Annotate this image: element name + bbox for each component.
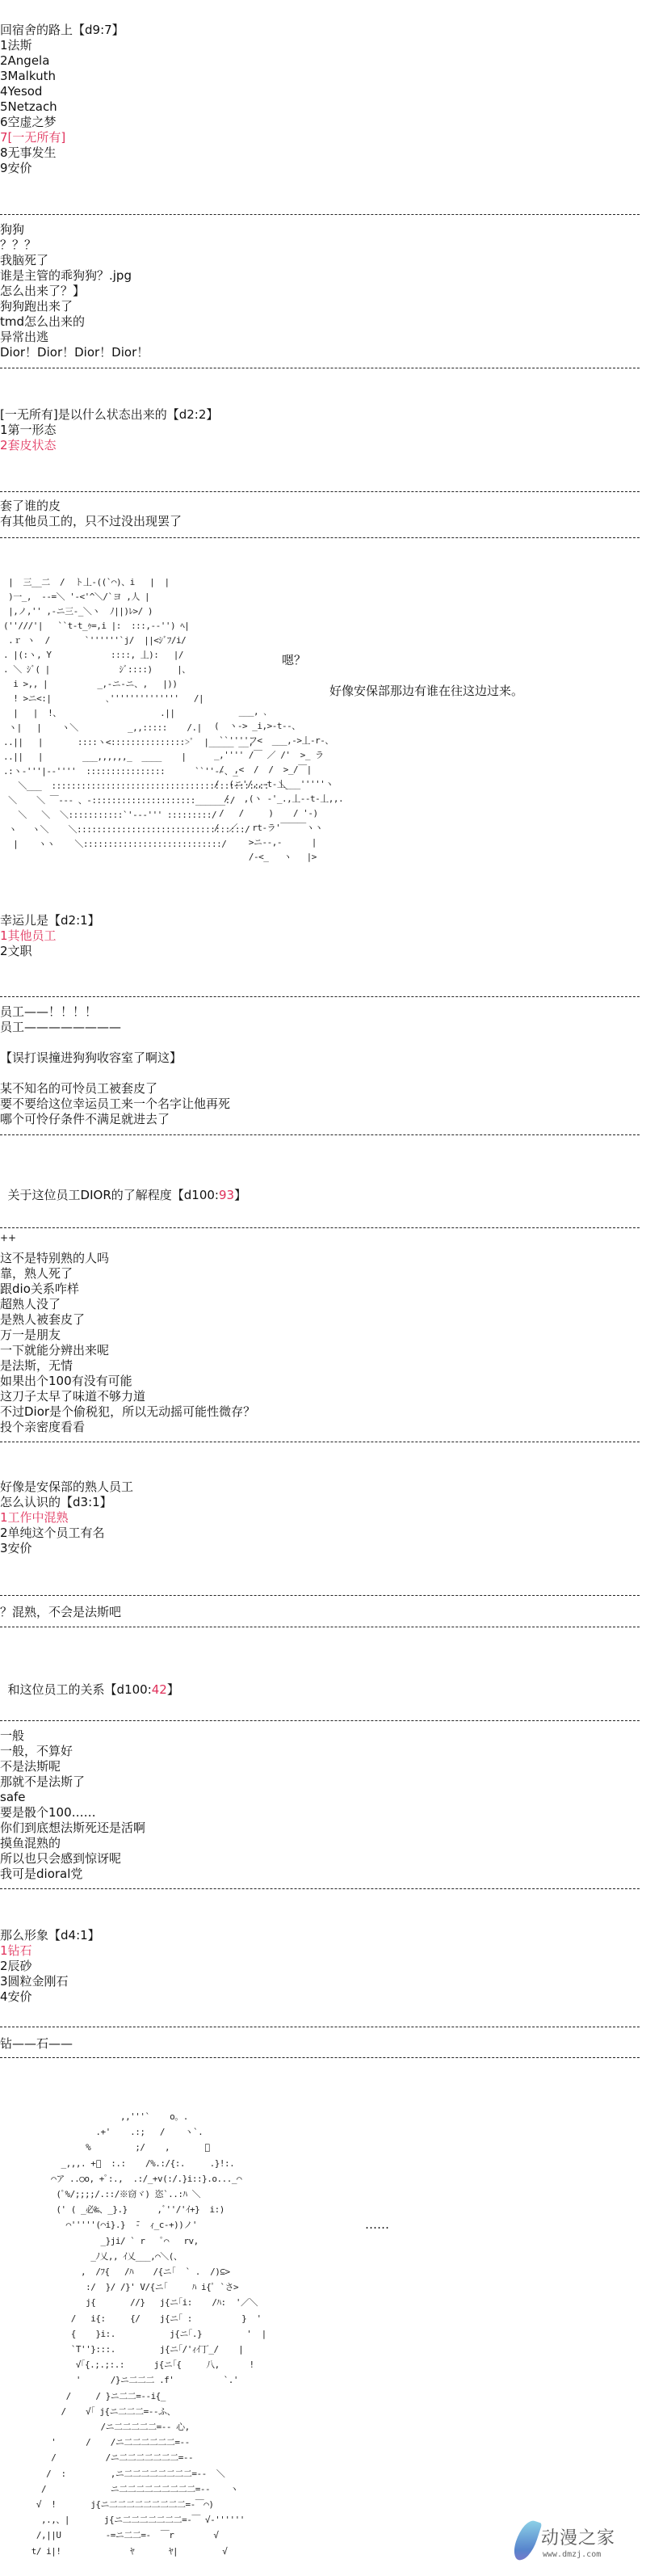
comment-line: Dior！Dior！Dior！Dior！ (0, 345, 149, 360)
dice-result: 93 (219, 1188, 234, 1202)
comment-line: 不是法斯呢 (0, 1759, 61, 1774)
option-item-selected: 1钻石 (0, 1943, 32, 1959)
comment-line: 有其他员工的，只不过没出现罢了 (0, 514, 182, 529)
comment-line: 投个亲密度看看 (0, 1420, 85, 1435)
comment-line: 是熟人被套皮了 (0, 1312, 85, 1328)
comment-line: 狗狗跑出来了 (0, 299, 73, 314)
option-item: 5Netzach (0, 99, 57, 115)
divider (0, 368, 640, 368)
comment-line: ？？？ (0, 238, 36, 253)
divider (0, 1888, 640, 1889)
comment-line: 超熟人没了 (0, 1297, 61, 1312)
divider (0, 2057, 640, 2058)
comment-line: 所以也只会感到惊讶呢 (0, 1851, 121, 1867)
watermark-logo: 动漫之家 www.dmzj.com (517, 2519, 638, 2568)
dice-roll-label: 和这位员工的关系【d100: (8, 1682, 152, 1697)
divider (0, 2027, 640, 2027)
comment-line: 万一是朋友 (0, 1328, 61, 1343)
dice-roll-title: 幸运儿是【d2:1】 (0, 913, 100, 928)
comment-line: 一下就能分辨出来呢 (0, 1343, 109, 1358)
option-item: 3安价 (0, 1541, 32, 1556)
dice-roll-title: 和这位员工的关系【d100:42】 (0, 1667, 179, 1682)
comment-line: 靠，熟人死了 (0, 1266, 73, 1282)
divider (0, 214, 640, 215)
leaf-logo-icon (511, 2518, 543, 2564)
comment-line: 要是骰个100…… (0, 1805, 96, 1820)
option-item: 2文职 (0, 944, 32, 959)
divider (0, 537, 640, 538)
option-item: 1法斯 (0, 38, 32, 53)
bracket: 】 (234, 1188, 246, 1202)
comment-line: safe (0, 1790, 26, 1805)
comment-line: ++ (0, 1231, 16, 1246)
divider (0, 491, 640, 492)
comment-line: 你们到底想法斯死还是活啊 (0, 1820, 145, 1836)
option-item: 3Malkuth (0, 69, 56, 84)
option-item: 6空虚之梦 (0, 115, 57, 130)
comment-line: 那就不是法斯了 (0, 1774, 85, 1790)
bracket: 】 (167, 1682, 179, 1697)
comment-line: 摸鱼混熟的 (0, 1836, 61, 1851)
divider (0, 1595, 640, 1596)
option-item-selected: 1其他员工 (0, 928, 57, 944)
comment-line: 要不要给这位幸运员工来一个名字让他再死 (0, 1096, 230, 1112)
comment-line: 我脑死了 (0, 253, 48, 268)
comment-line: 钻——石—— (0, 2036, 73, 2052)
option-item-selected: 7[一无所有] (0, 130, 65, 145)
dice-roll-title: 关于这位员工DIOR的了解程度【d100:93】 (0, 1172, 246, 1188)
comment-line: 哪个可怜仔条件不满足就进去了 (0, 1112, 170, 1127)
comment-line: 谁是主管的乖狗狗？.jpg (0, 268, 132, 284)
option-item: 3圆粒金刚石 (0, 1974, 69, 1989)
watermark-url: www.dmzj.com (543, 2550, 601, 2559)
divider (0, 1227, 640, 1228)
comment-line: 员工——！！！！ (0, 1004, 97, 1020)
option-item-selected: 2套皮状态 (0, 438, 57, 453)
divider (0, 1720, 640, 1721)
ascii-art-diamond-figure: ,,'''` o。. .+' .:; / ヽ`. % ;/ , ﾟ _,,,. … (2, 2109, 266, 2559)
dice-roll-title: 怎么认识的【d3:1】 (0, 1495, 112, 1510)
comment-line: 如果出个100有没有可能 (0, 1374, 132, 1389)
option-item: 8无事发生 (0, 145, 57, 161)
speech-text: 嗯？ (282, 653, 306, 668)
comment-line: 我可是dioral党 (0, 1867, 82, 1882)
ellipsis-text: …… (365, 2217, 389, 2233)
ascii-art-dog: ___, ､ ( ヽ-> _i,>-t--、 ``''''フ< ___,->丄-… (214, 705, 343, 865)
option-item: 4安价 (0, 1989, 32, 2005)
dice-roll-label: 关于这位员工DIOR的了解程度【d100: (8, 1188, 219, 1202)
narration-text: 好像是安保部的熟人员工 (0, 1480, 133, 1495)
comment-line: 不过Dior是个偷税犯，所以无动摇可能性微存？ (0, 1404, 255, 1420)
dice-roll-title: 那么形象【d4:1】 (0, 1928, 100, 1943)
comment-line: 狗狗 (0, 222, 24, 238)
option-item: 4Yesod (0, 84, 42, 99)
comment-line: 某不知名的可怜员工被套皮了 (0, 1081, 157, 1096)
option-item: 2Angela (0, 53, 49, 69)
comment-line: 员工———————— (0, 1020, 121, 1035)
dice-result: 42 (152, 1682, 167, 1697)
dice-roll-title: 回宿舍的路上【d9:7】 (0, 23, 124, 38)
option-item-selected: 1工作中混熟 (0, 1510, 69, 1526)
comment-line: 跟dio关系咋样 (0, 1282, 79, 1297)
comment-line: 怎么出来了？】 (0, 284, 85, 299)
divider (0, 996, 640, 997)
option-item: 1第一形态 (0, 423, 57, 438)
comment-line: 这刀子太早了味道不够力道 (0, 1389, 145, 1404)
comment-line: 一般 (0, 1728, 24, 1744)
comment-line: tmd怎么出来的 (0, 314, 85, 330)
dice-roll-title: [一无所有]是以什么状态出来的【d2:2】 (0, 407, 218, 423)
divider (0, 1442, 640, 1442)
option-item: 9安价 (0, 161, 32, 176)
narration-text: 好像安保部那边有谁在往这边过来。 (329, 684, 523, 699)
divider (0, 1134, 640, 1135)
comment-line: ？混熟，不会是法斯吧 (0, 1605, 121, 1620)
comment-line: 套了谁的皮 (0, 499, 61, 514)
option-item: 2辰砂 (0, 1959, 32, 1974)
divider (0, 1627, 640, 1627)
watermark-title: 动漫之家 (541, 2524, 615, 2549)
comment-line: 一般，不算好 (0, 1744, 73, 1759)
comment-line: 是法斯，无情 (0, 1358, 73, 1374)
option-item: 2单纯这个员工有名 (0, 1526, 105, 1541)
comment-line: 异常出逃 (0, 330, 48, 345)
comment-line: 这不是特别熟的人吗 (0, 1251, 109, 1266)
comment-line: 【误打误撞进狗狗收容室了啊这】 (0, 1050, 182, 1066)
